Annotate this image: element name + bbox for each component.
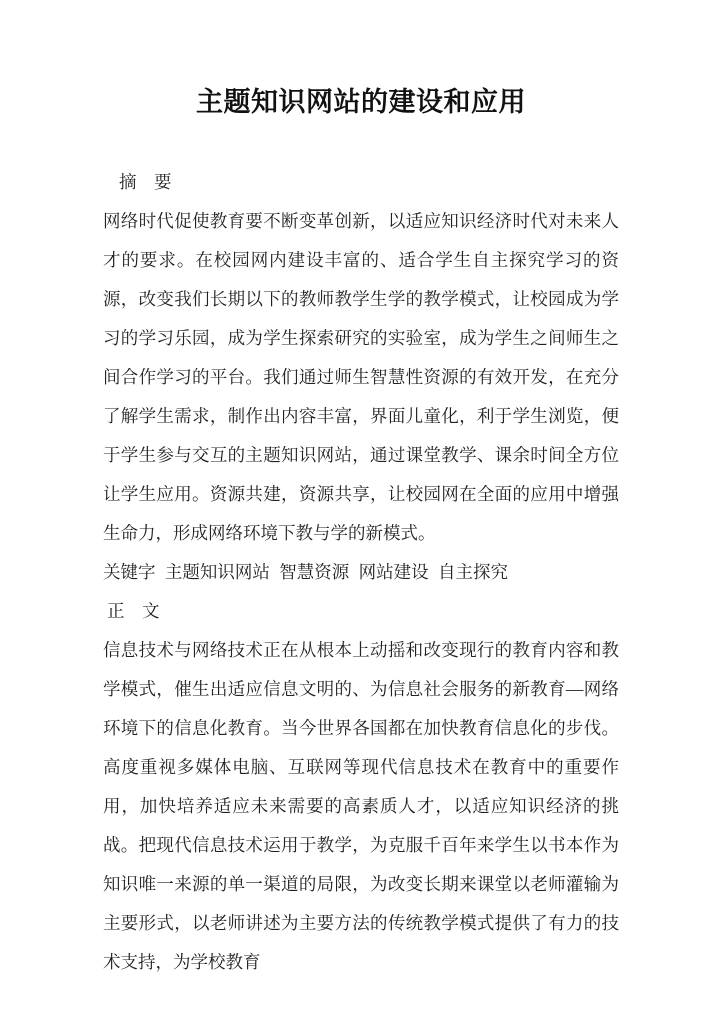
abstract-paragraph: 网络时代促使教育要不断变革创新，以适应知识经济时代对未来人才的要求。在校园网内建… xyxy=(103,202,619,553)
keywords-line: 关键字 主题知识网站 智慧资源 网站建设 自主探究 xyxy=(103,553,619,592)
document-page: 主题知识网站的建设和应用 摘 要 网络时代促使教育要不断变革创新，以适应知识经济… xyxy=(0,0,721,1020)
body-paragraph: 信息技术与网络技术正在从根本上动摇和改变现行的教育内容和教学模式，催生出适应信息… xyxy=(103,631,619,982)
document-title: 主题知识网站的建设和应用 xyxy=(103,82,619,122)
body-heading: 正 文 xyxy=(103,592,619,631)
abstract-heading: 摘 要 xyxy=(103,163,619,202)
